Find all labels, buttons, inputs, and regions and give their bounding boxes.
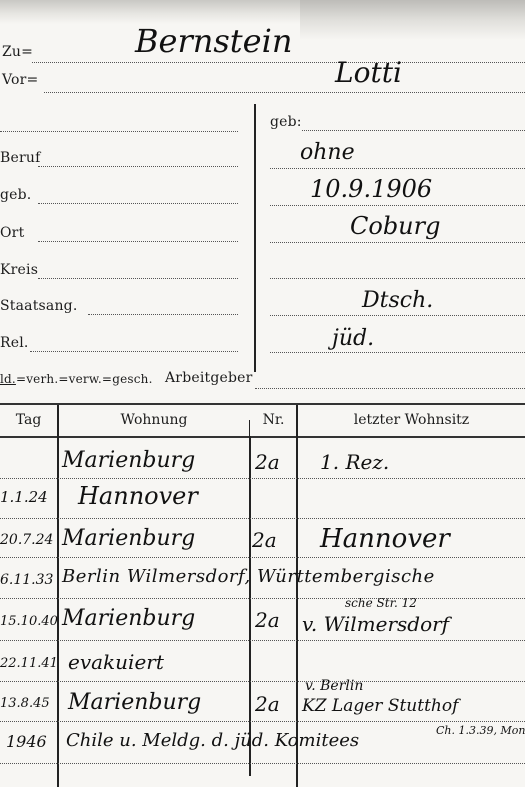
row-separator [0, 763, 525, 764]
birth-date-label: geb: [270, 114, 302, 130]
row-separator [0, 518, 525, 519]
row-separator [0, 681, 525, 682]
religion-label: Rel. [0, 335, 29, 351]
cell-wohnung: Chile u. Meldg. d. jüd. Komitees [66, 730, 359, 751]
citizenship-line [88, 314, 238, 315]
birth-date-value: 10.9.1906 [310, 175, 432, 203]
birth-place-value: Coburg [350, 212, 440, 240]
cell-tag: 6.11.33 [0, 572, 53, 588]
row-separator [0, 721, 525, 722]
row-separator [0, 557, 525, 558]
right-line-5 [270, 278, 525, 279]
given-name-value: Lotti [335, 56, 402, 89]
marital-status-options: ld.=verh.=verw.=gesch. [0, 372, 153, 386]
paper-edge-shading-right [300, 0, 525, 40]
birth-label: geb. [0, 187, 31, 203]
occupation-label: Beruf [0, 150, 40, 166]
header-wohnung: Wohnung [59, 412, 249, 428]
cell-letzter: v. Wilmersdorf [302, 612, 449, 636]
row-separator [0, 478, 525, 479]
right-line-3 [270, 205, 525, 206]
cell-wohnung: Berlin Wilmersdorf, Württembergische [62, 566, 435, 587]
surname-label: Zu= [2, 44, 33, 60]
cell-letzter-note: v. Berlin [305, 678, 363, 694]
header-tag: Tag [0, 412, 57, 428]
cell-letzter: Hannover [320, 524, 450, 554]
citizenship-label: Staatsang. [0, 298, 78, 314]
given-name-line [44, 92, 525, 93]
row-separator [0, 598, 525, 599]
cell-tag: 1946 [6, 732, 47, 751]
marital-status-married: verh. [26, 372, 58, 386]
right-line-2 [270, 168, 525, 169]
place-label: Ort [0, 225, 24, 241]
citizenship-value: Dtsch. [362, 288, 433, 313]
district-line [38, 278, 238, 279]
surname-value: Bernstein [135, 22, 292, 60]
column-divider-wohnung [249, 436, 251, 776]
header-letzter-wohnsitz: letzter Wohnsitz [298, 412, 525, 428]
cell-nr: 2a [255, 692, 280, 716]
right-line-1 [302, 130, 525, 131]
cell-tag: 13.8.45 [0, 696, 50, 711]
cell-wohnung: Marienburg [62, 606, 195, 631]
religion-line [30, 351, 238, 352]
cell-wohnung: evakuiert [68, 650, 164, 674]
right-line-4 [270, 242, 525, 243]
religion-value: jüd. [332, 326, 374, 351]
cell-letzter-note: sche Str. 12 [345, 596, 417, 610]
cell-tag: 22.11.41 [0, 656, 58, 671]
column-divider-tag [57, 405, 59, 787]
cell-letzter: KZ Lager Stutthof [302, 696, 458, 716]
occupation-value: ohne [300, 140, 355, 165]
cell-nr: 2a [252, 528, 277, 552]
occupation-line [38, 166, 238, 167]
cell-nr: 2a [255, 608, 280, 632]
cell-tag: 20.7.24 [0, 532, 53, 548]
marital-status-selected: ld. [0, 372, 16, 386]
cell-wohnung: Marienburg [62, 526, 195, 551]
place-line [38, 241, 238, 242]
cell-tag: 1.1.24 [0, 488, 48, 506]
table-header-rule [0, 436, 525, 438]
employer-label: Arbeitgeber [165, 370, 253, 386]
surname-line [32, 62, 525, 63]
birth-line [38, 203, 238, 204]
cell-letzter-note: Ch. 1.3.39, Monika [436, 724, 525, 737]
cell-nr: 2a [255, 450, 280, 474]
employer-line [255, 388, 525, 389]
right-line-7 [270, 352, 525, 353]
given-name-label: Vor= [2, 72, 38, 88]
right-line-6 [270, 315, 525, 316]
column-divider-wohnung-head [249, 420, 250, 436]
cell-wohnung: Hannover [78, 482, 198, 510]
marital-status-divorced: gesch. [112, 372, 152, 386]
cell-wohnung: Marienburg [68, 690, 201, 715]
cell-tag: 15.10.40 [0, 614, 58, 629]
cell-wohnung: Marienburg [62, 448, 195, 473]
header-nr: Nr. [251, 412, 296, 428]
field-line [0, 131, 238, 132]
section-divider [254, 104, 256, 372]
cell-letzter: 1. Rez. [320, 450, 389, 474]
row-separator [0, 640, 525, 641]
table-top-rule [0, 403, 525, 405]
district-label: Kreis [0, 262, 38, 278]
marital-status-widowed: verw. [69, 372, 102, 386]
